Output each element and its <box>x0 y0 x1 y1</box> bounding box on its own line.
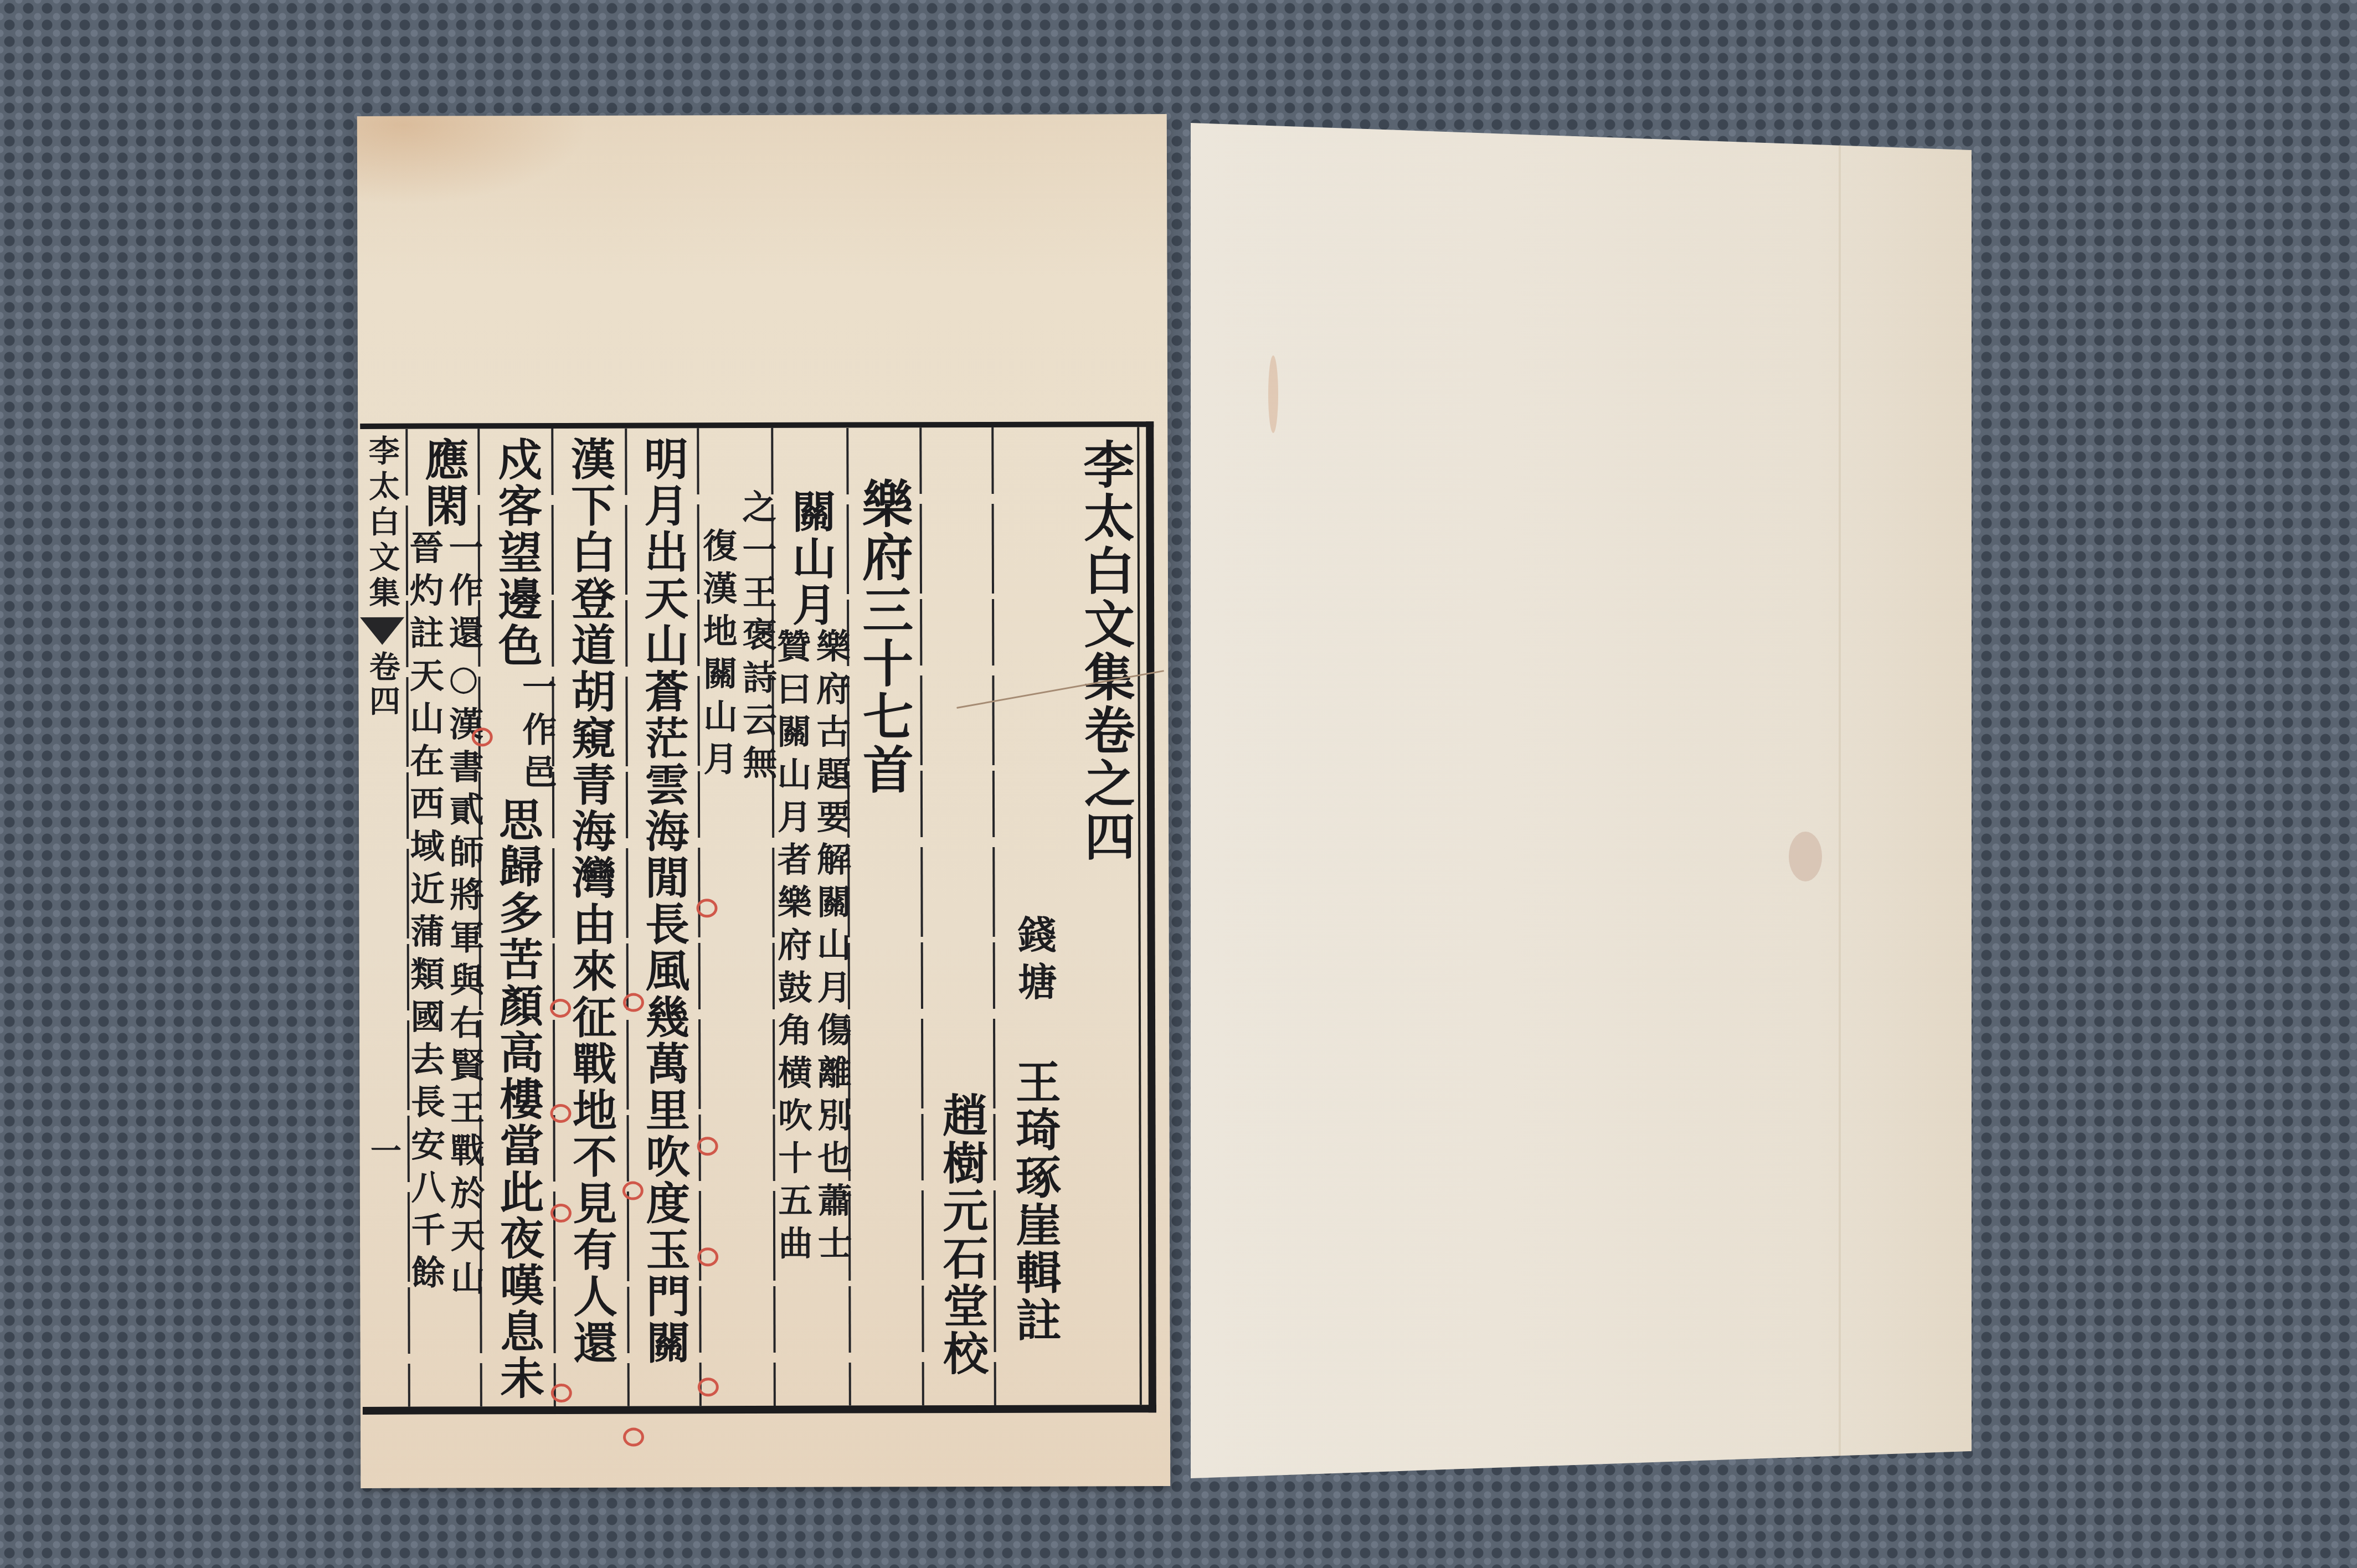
poem-line-3: 戍客望邊色 一作邑 思歸多苦顏高樓當此夜嘆息未 <box>481 429 554 1406</box>
red-punctuation-mark-icon <box>550 999 571 1018</box>
banxin-volume: 卷四 <box>366 651 399 719</box>
poem-text: 明月出天山蒼茫雲海閒長風幾萬里吹度玉門關 <box>640 436 687 1366</box>
note-left-line: 贊曰關山月者樂府鼓角横吹十五曲 <box>773 628 811 1268</box>
printed-block-frame: 李太白文集卷之四 錢塘 王琦琢崖輯註 趙樹元石堂校 樂府三十七首 關山月 樂府古… <box>360 421 1156 1415</box>
volume-title: 李太白文集卷之四 <box>1079 438 1131 863</box>
red-punctuation-mark-icon <box>472 728 493 746</box>
banxin-column: 李太白文集 卷四 一 <box>359 429 407 1407</box>
right-page-blank <box>1191 123 1972 1478</box>
note-right-line: 樂府古題要解關山月傷離別也蕭士 <box>812 628 850 1268</box>
commentary-note: 一作還○漢書貳師將軍與右賢王戰於天山 晉灼註天山在西域近蒲類國去長安八千餘 <box>406 529 483 1303</box>
poem-title-column: 關山月 樂府古題要解關山月傷離別也蕭士 贊曰關山月者樂府鼓角横吹十五曲 <box>774 428 849 1406</box>
paper-stain <box>1268 355 1278 433</box>
red-punctuation-mark-icon <box>697 1247 718 1266</box>
editor-name: 王琦琢崖輯註 <box>1012 1059 1058 1344</box>
poem-line-4: 應閑 一作還○漢書貳師將軍與右賢王戰於天山 晉灼註天山在西域近蒲類國去長安八千餘 <box>408 429 481 1406</box>
red-punctuation-mark-icon <box>623 1428 644 1447</box>
commentary-note: 樂府古題要解關山月傷離別也蕭士 贊曰關山月者樂府鼓角横吹十五曲 <box>773 628 850 1268</box>
fish-tail-icon <box>360 617 404 645</box>
red-punctuation-mark-icon <box>623 993 644 1012</box>
collator-name: 趙樹元石堂校 <box>939 1092 985 1378</box>
section-header: 樂府三十七首 <box>858 477 910 796</box>
note-right-line: 一作還○漢書貳師將軍與右賢王戰於天山 <box>445 529 483 1303</box>
paper-stain <box>357 116 590 205</box>
red-punctuation-mark-icon <box>622 1182 644 1200</box>
editor-place: 錢塘 <box>1014 915 1055 1009</box>
editor-column-1: 錢塘 王琦琢崖輯註 <box>997 427 1072 1405</box>
poem-line-1: 明月出天山蒼茫雲海閒長風幾萬里吹度玉門關 <box>627 428 701 1406</box>
section-header-column: 樂府三十七首 <box>847 427 922 1405</box>
red-punctuation-mark-icon <box>550 1204 572 1223</box>
note-right-line: 之一王褒詩云無 <box>739 489 776 787</box>
title-column: 李太白文集卷之四 <box>1069 427 1144 1405</box>
editor-column-2: 趙樹元石堂校 <box>924 427 999 1405</box>
banxin-book-title: 李太白文集 <box>366 435 399 612</box>
banxin-page-number: 一 <box>367 1134 400 1174</box>
poem-text: 思歸多苦顏高樓當此夜嘆息未 <box>495 797 541 1401</box>
poem-text: 戍客望邊色 <box>494 436 539 669</box>
red-punctuation-mark-icon <box>698 1378 719 1396</box>
poem-text: 應閑 <box>421 436 465 529</box>
note-left-line: 復漢地關山月 <box>699 489 736 787</box>
red-punctuation-mark-icon <box>551 1384 572 1402</box>
red-punctuation-mark-icon <box>696 899 717 917</box>
red-punctuation-mark-icon <box>550 1104 571 1123</box>
paper-crease <box>1839 123 1841 1478</box>
note-left-line: 晉灼註天山在西域近蒲類國去長安八千餘 <box>406 530 444 1303</box>
paper-stain <box>1789 832 1822 881</box>
poem-text: 漢下白登道胡窺青海灣由來征戰地不見有人還 <box>567 436 614 1366</box>
variant-note-text: 一作邑 <box>518 669 555 797</box>
poem-title: 關山月 <box>789 489 833 628</box>
commentary-note: 之一王褒詩云無 復漢地關山月 <box>699 489 775 787</box>
poem-line-2: 漢下白登道胡窺青海灣由來征戰地不見有人還 <box>554 429 627 1406</box>
red-punctuation-mark-icon <box>697 1137 718 1156</box>
left-page: 李太白文集卷之四 錢塘 王琦琢崖輯註 趙樹元石堂校 樂府三十七首 關山月 樂府古… <box>357 114 1170 1488</box>
